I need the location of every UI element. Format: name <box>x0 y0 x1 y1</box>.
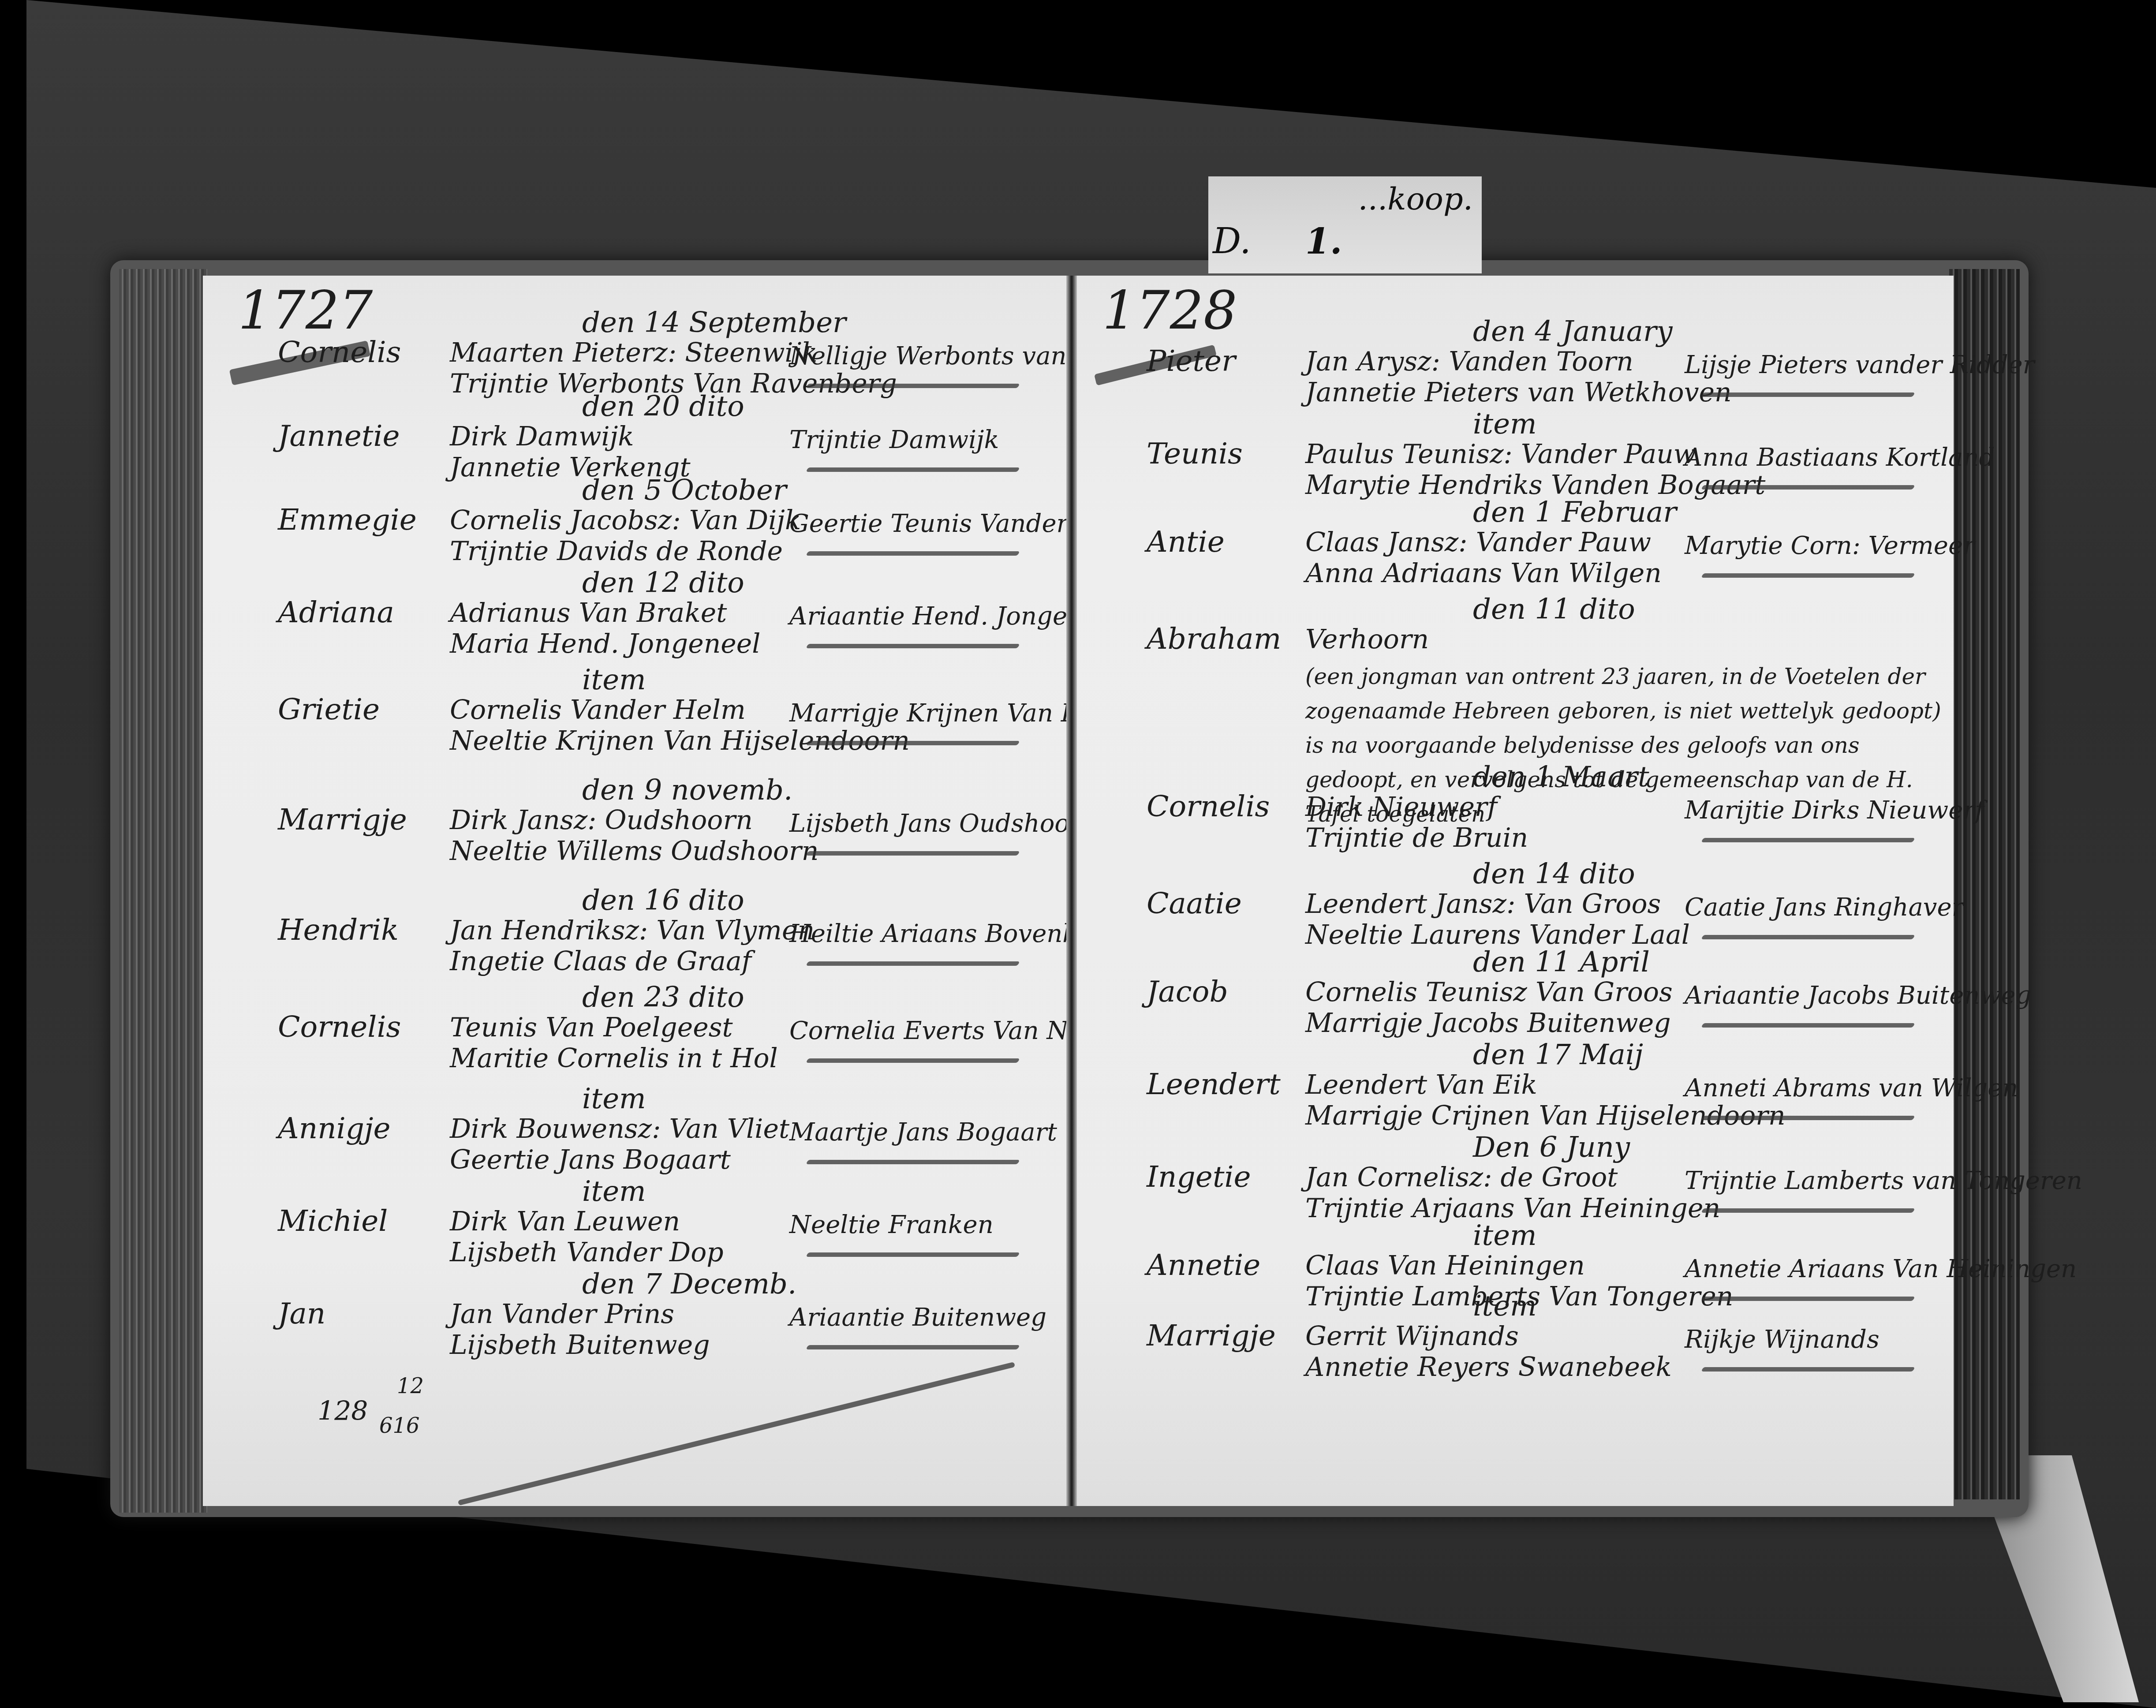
witness-name: Anna Bastiaans Kortland <box>1685 443 1995 472</box>
book-gutter <box>1066 276 1077 1506</box>
tab-label-number: 1. <box>1305 221 1342 262</box>
left-page: 1727 den 14 SeptemberCornelisMaarten Pie… <box>203 276 1067 1506</box>
child-name: Leendert <box>1147 1067 1281 1101</box>
child-name: Hendrik <box>278 913 399 947</box>
entry-date: item <box>1473 1290 1537 1323</box>
entry-date: den 7 Decemb. <box>582 1268 796 1301</box>
father-name: Jan Vander Prins <box>450 1299 674 1330</box>
witness-flourish <box>806 384 1020 388</box>
child-name: Marrigje <box>1147 1319 1276 1353</box>
witness-flourish <box>1701 1023 1915 1028</box>
witness-flourish <box>806 1345 1020 1349</box>
child-name: Teunis <box>1147 437 1243 471</box>
entry-date: den 23 dito <box>582 981 744 1014</box>
mother-name: Lijsbeth Vander Dop <box>450 1237 724 1268</box>
witness-flourish <box>806 551 1020 556</box>
witness-flourish <box>1701 392 1915 397</box>
entry-date: den 1 Februar <box>1473 496 1677 529</box>
father-name: Jan Arysz: Vanden Toorn <box>1305 346 1633 377</box>
witness-name: Trijntie Damwijk <box>789 426 999 454</box>
entry-date: den 12 dito <box>582 567 744 599</box>
father-name: Gerrit Wijnands <box>1305 1321 1519 1352</box>
father-name: Leendert Jansz: Van Groos <box>1305 889 1661 919</box>
entry-date: den 5 October <box>582 474 786 507</box>
father-name: Cornelis Teunisz Van Groos <box>1305 977 1673 1008</box>
witness-name: Caatie Jans Ringhaver <box>1685 893 1963 922</box>
father-name: Maarten Pieterz: Steenwijk <box>450 337 818 368</box>
father-name: Jan Cornelisz: de Groot <box>1305 1162 1618 1193</box>
father-name: Dirk Jansz: Oudshoorn <box>450 805 753 836</box>
mother-name: Jannetie Pieters van Wetkhoven <box>1305 377 1732 408</box>
father-name: Cornelis Vander Helm <box>450 695 746 725</box>
father-name: Dirk Bouwensz: Van Vliet <box>450 1114 789 1144</box>
witness-flourish <box>806 851 1020 856</box>
entry-date: den 1 Maart <box>1473 761 1649 793</box>
witness-name: Lijsbeth Jans Oudshoorn <box>789 809 1097 838</box>
child-name: Michiel <box>278 1204 388 1238</box>
father-name: Claas Jansz: Vander Pauw <box>1305 527 1651 558</box>
child-name: Cornelis <box>278 1010 401 1044</box>
father-name: Verhoorn <box>1305 624 1429 655</box>
entry-date: den 20 dito <box>582 390 744 423</box>
witness-name: Neeltie Franken <box>789 1211 994 1239</box>
father-name: Claas Van Heiningen <box>1305 1250 1585 1281</box>
entry-date: item <box>582 1175 646 1208</box>
mother-name: Lijsbeth Buitenweg <box>450 1330 710 1360</box>
witness-flourish <box>1701 485 1915 490</box>
entry-date: item <box>582 1083 646 1115</box>
witness-flourish <box>1701 1297 1915 1301</box>
child-name: Jacob <box>1147 975 1228 1009</box>
witness-flourish <box>806 961 1020 966</box>
witness-name: Annetie Ariaans Van Heiningen <box>1685 1255 2077 1283</box>
child-name: Ingetie <box>1147 1160 1251 1194</box>
margin-tally-sub: 616 <box>379 1413 420 1438</box>
father-name: Adrianus Van Braket <box>450 598 727 628</box>
witness-name: Rijkje Wijnands <box>1685 1325 1879 1354</box>
entry-date: item <box>1473 1219 1537 1252</box>
entry-date: den 14 September <box>582 306 846 339</box>
volume-tab-label: ...koop. D. 1. <box>1208 176 1482 273</box>
witness-name: Ariaantie Buitenweg <box>789 1303 1046 1332</box>
witness-flourish <box>806 1160 1020 1164</box>
tab-label-title: ...koop. <box>1358 181 1473 217</box>
witness-name: Ariaantie Jacobs Buitenweg <box>1685 981 2031 1010</box>
father-name: Dirk Van Leuwen <box>450 1206 680 1237</box>
entry-date: den 11 dito <box>1473 593 1635 626</box>
page-edges-left <box>119 269 207 1513</box>
entry-date: den 11 April <box>1473 946 1650 979</box>
entry-date: den 4 January <box>1473 315 1673 348</box>
witness-name: Marijtie Dirks Nieuwerf <box>1685 796 1984 825</box>
witness-flourish <box>1701 1208 1915 1213</box>
mother-name: Annetie Reyers Swanebeek <box>1305 1352 1672 1383</box>
mother-name: Trijntie de Bruin <box>1305 822 1528 853</box>
witness-name: Maartje Jans Bogaart <box>789 1118 1057 1147</box>
child-name: Marrigje <box>278 803 407 837</box>
mother-name: Maria Hend. Jongeneel <box>450 628 761 659</box>
child-name: Caatie <box>1147 886 1242 920</box>
witness-flourish <box>806 644 1020 648</box>
entry-date: den 16 dito <box>582 884 744 917</box>
child-name: Jan <box>278 1297 325 1331</box>
child-name: Cornelis <box>1147 789 1270 823</box>
child-name: Annigje <box>278 1111 391 1145</box>
child-name: Emmegie <box>278 503 417 537</box>
mother-name: Anna Adriaans Van Wilgen <box>1305 558 1662 589</box>
father-name: Teunis Van Poelgeest <box>450 1012 733 1043</box>
entry-date: item <box>1473 408 1537 441</box>
mother-name: Neeltie Willems Oudshoorn <box>450 836 818 867</box>
closing-flourish <box>458 1362 1015 1506</box>
witness-name: Lijsje Pieters vander Ridder <box>1685 351 2035 379</box>
entry-date: Den 6 Juny <box>1473 1131 1630 1164</box>
mother-name: Maritie Cornelis in t Hol <box>450 1043 778 1074</box>
child-name: Abraham <box>1147 622 1281 656</box>
witness-flourish <box>806 1058 1020 1063</box>
witness-flourish <box>1701 838 1915 842</box>
witness-flourish <box>1701 935 1915 939</box>
witness-name: Trijntie Lamberts van Tongeren <box>1685 1166 2082 1195</box>
child-name: Adriana <box>278 595 394 629</box>
right-page: 1728 den 4 JanuaryPieterJan Arysz: Vande… <box>1076 276 1954 1506</box>
witness-flourish <box>1701 1116 1915 1120</box>
entry-date: den 14 dito <box>1473 858 1635 890</box>
margin-tally: 128 <box>318 1396 368 1427</box>
witness-flourish <box>1701 573 1915 578</box>
entry-date: den 9 novemb. <box>582 774 792 807</box>
child-name: Cornelis <box>278 335 401 369</box>
father-name: Dirk Nieuwerf <box>1305 792 1497 822</box>
mother-name: Trijntie Davids de Ronde <box>450 536 783 567</box>
witness-flourish <box>806 1252 1020 1257</box>
witness-name: Marytie Corn: Vermeer <box>1685 531 1975 560</box>
mother-name: Ingetie Claas de Graaf <box>450 946 751 977</box>
child-name: Pieter <box>1147 344 1236 378</box>
left-page-year: 1727 <box>238 280 373 341</box>
father-name: Dirk Damwijk <box>450 421 634 452</box>
witness-flourish <box>806 467 1020 472</box>
father-name: Leendert Van Eik <box>1305 1069 1537 1100</box>
child-name: Annetie <box>1147 1248 1260 1282</box>
father-name: Jan Hendriksz: Van Vlymen <box>450 915 815 946</box>
witness-name: Anneti Abrams van Wilgen <box>1685 1074 2018 1103</box>
father-name: Cornelis Jacobsz: Van Dijk <box>450 505 801 536</box>
entry-date: den 17 Maij <box>1473 1039 1643 1071</box>
witness-flourish <box>1701 1367 1915 1372</box>
child-name: Grietie <box>278 692 380 726</box>
child-name: Jannetie <box>278 419 400 453</box>
entry-date: item <box>582 664 646 696</box>
father-name: Paulus Teunisz: Vander Pauw <box>1305 439 1696 470</box>
mother-name: Geertie Jans Bogaart <box>450 1144 731 1175</box>
right-page-year: 1728 <box>1102 280 1237 341</box>
tab-label-prefix: D. <box>1213 221 1251 262</box>
child-name: Antie <box>1147 525 1225 559</box>
margin-tally-sup: 12 <box>397 1374 424 1398</box>
mother-name: Marrigje Jacobs Buitenweg <box>1305 1008 1671 1039</box>
witness-flourish <box>806 741 1020 745</box>
